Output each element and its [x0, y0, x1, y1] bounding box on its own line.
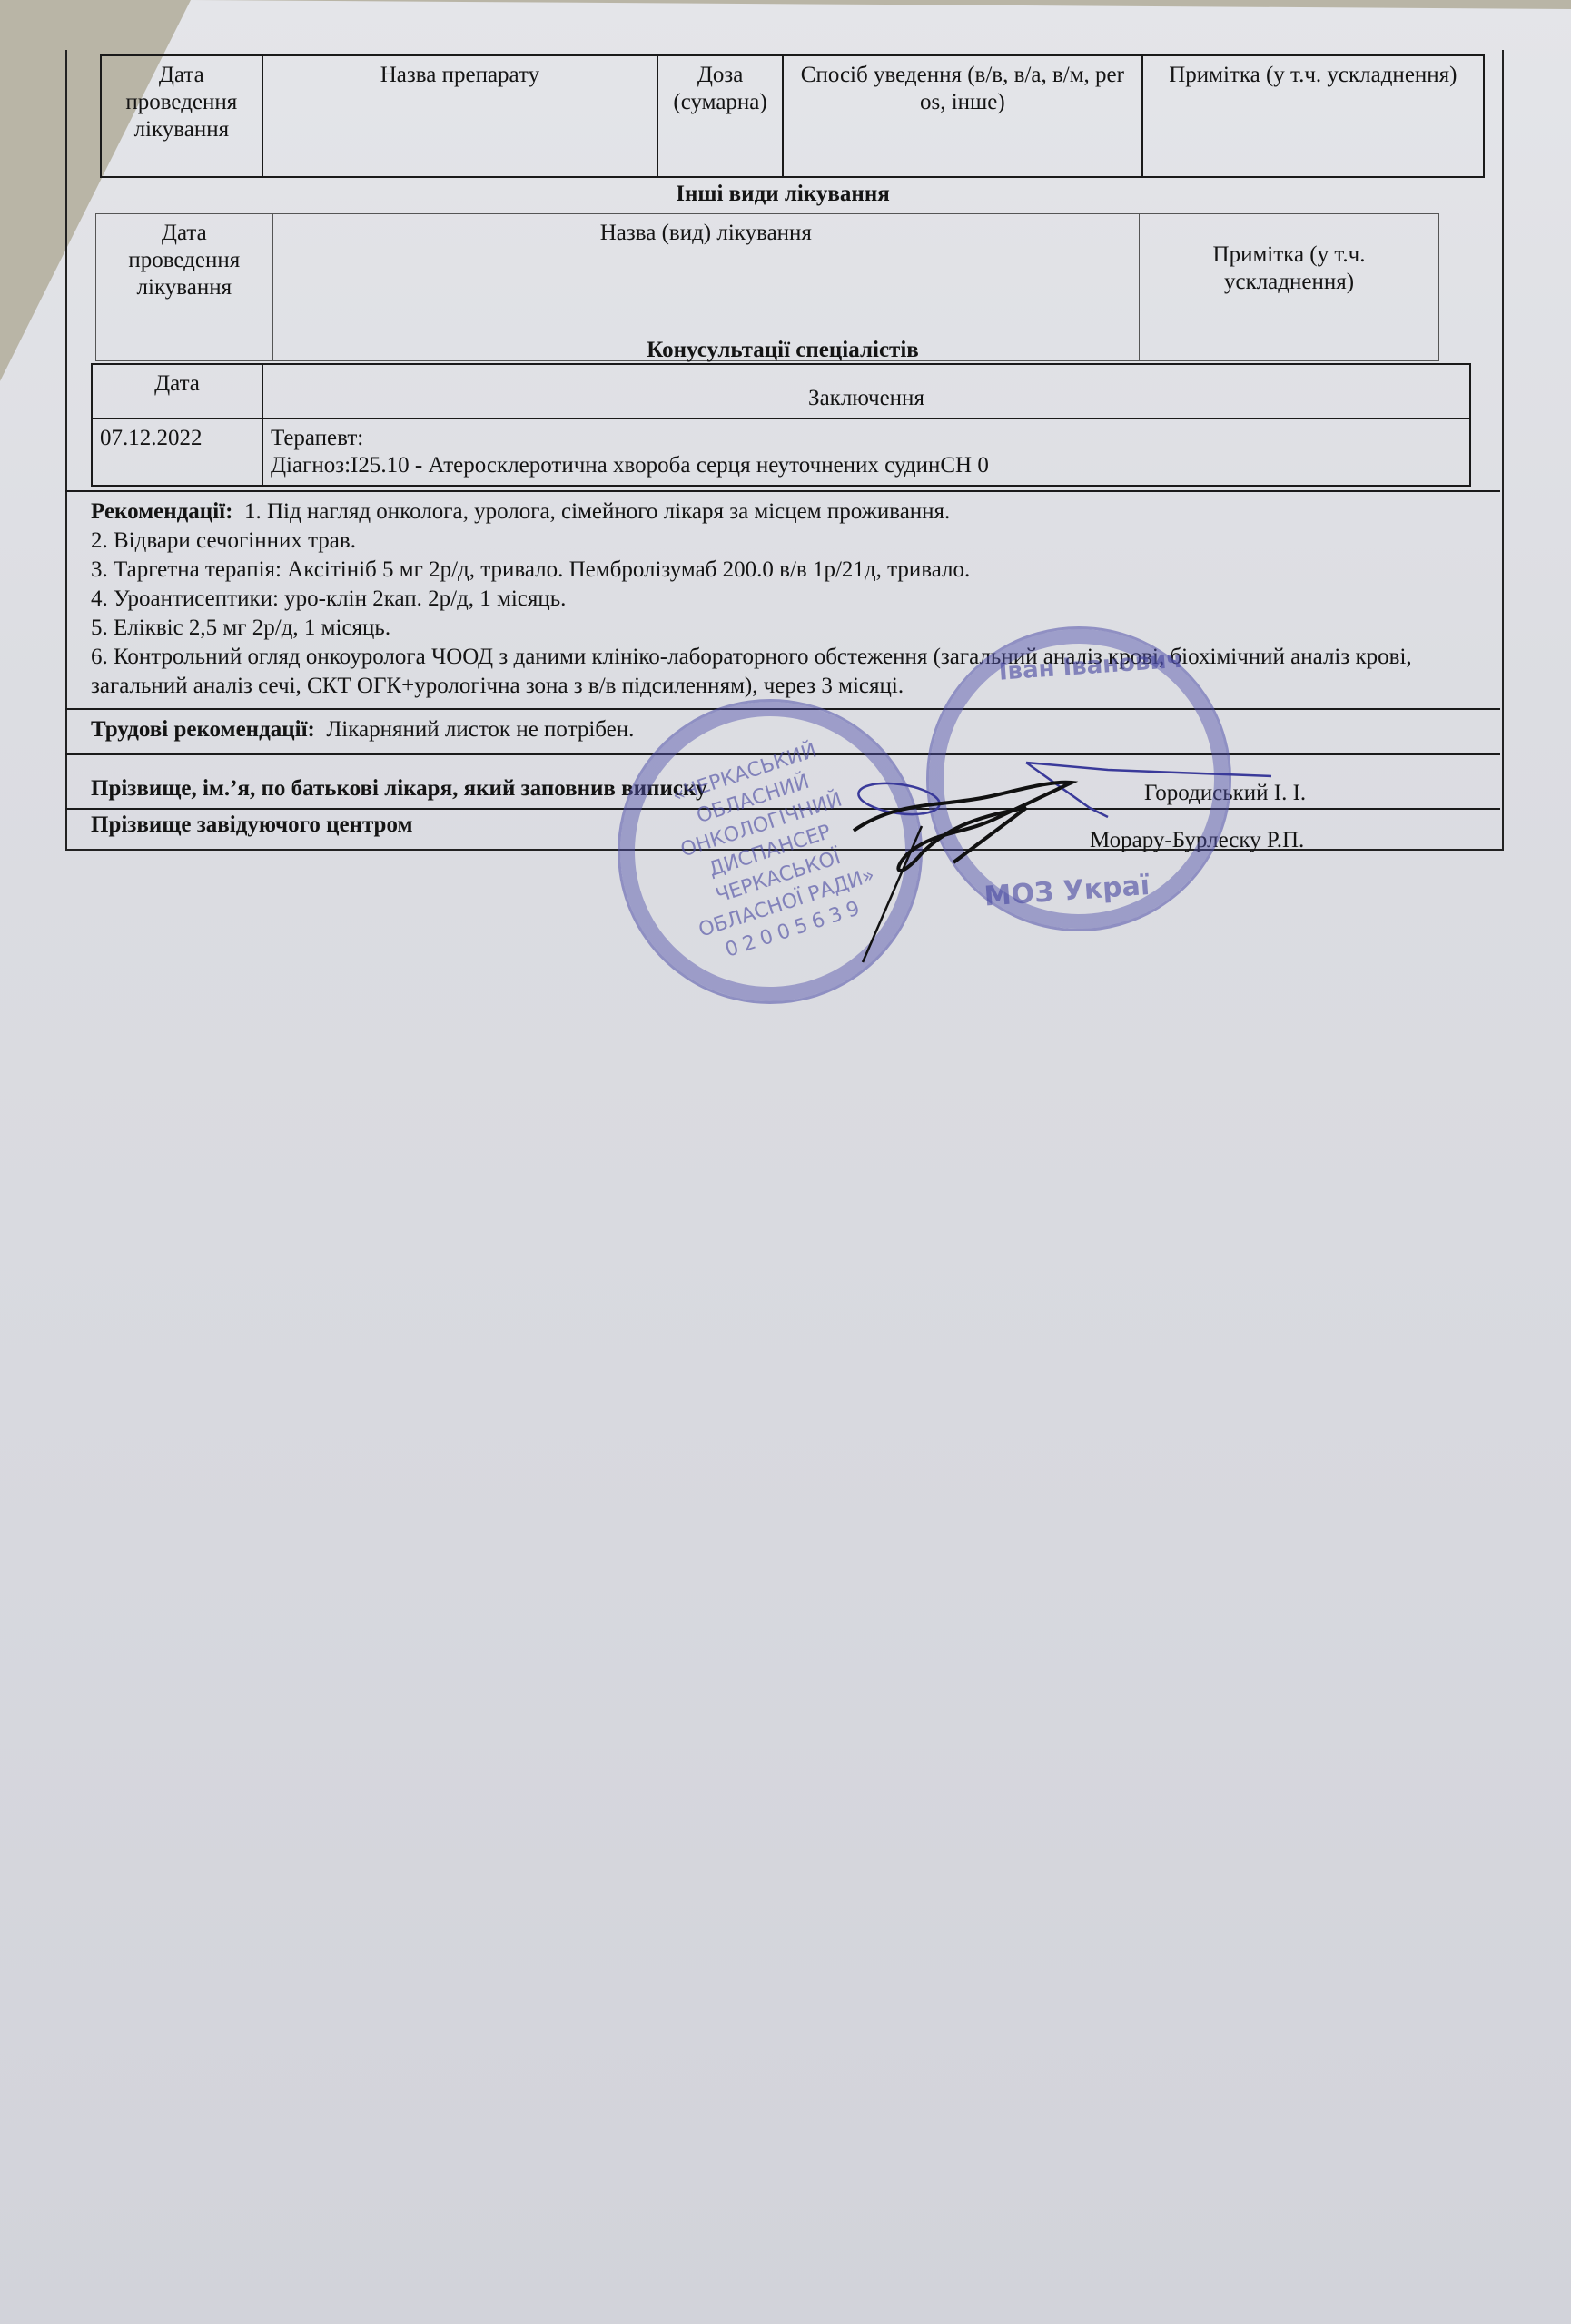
recommendations-block: Рекомендації: 1. Під нагляд онколога, ур… — [65, 490, 1500, 706]
recommendation-item: 4. Уроантисептики: уро-клін 2кап. 2р/д, … — [91, 585, 1475, 614]
col-conclusion: Заключення — [262, 364, 1470, 419]
col-dose: Доза (сумарна) — [657, 55, 783, 177]
recommendation-item: 1. Під нагляд онколога, уролога, сімейно… — [244, 499, 950, 524]
other-treatment-title: Інші види лікування — [65, 182, 1500, 207]
col-date: Дата проведення лікування — [101, 55, 262, 177]
signature-icon — [726, 744, 1344, 980]
col-note: Примітка (у т.ч. ускладнення) — [1142, 55, 1484, 177]
recommendation-item: 3. Таргетна терапія: Аксітініб 5 мг 2р/д… — [91, 556, 1475, 585]
consultation-specialist: Терапевт: — [271, 425, 1462, 452]
col-route: Спосіб уведення (в/в, в/а, в/м, per os, … — [783, 55, 1142, 177]
stamp-ring-text: Іван Іванович — [990, 645, 1191, 686]
recommendation-item: 2. Відвари сечогінних трав. — [91, 527, 1475, 556]
consultation-row: 07.12.2022 Терапевт: Діагноз:I25.10 - Ат… — [92, 419, 1470, 486]
recommendation-item: 5. Еліквіс 2,5 мг 2р/д, 1 місяць. — [91, 614, 1475, 643]
consultations-table: Дата Заключення 07.12.2022 Терапевт: Діа… — [91, 363, 1471, 487]
head-label: Прізвище завідуючого центром — [91, 812, 413, 838]
consultation-date: 07.12.2022 — [92, 419, 262, 486]
medication-table: Дата проведення лікування Назва препарат… — [100, 54, 1485, 178]
col-drug: Назва препарату — [262, 55, 657, 177]
recommendation-item: 6. Контрольний огляд онкоуролога ЧООД з … — [91, 643, 1475, 701]
consultations-title: Конусультації спеціалістів — [65, 338, 1500, 363]
recommendations-label: Рекомендації: — [91, 499, 232, 524]
work-label: Трудові рекомендації: — [91, 717, 315, 742]
consultation-text: Терапевт: Діагноз:I25.10 - Атеросклероти… — [262, 419, 1470, 486]
work-value: Лікарняний листок не потрібен. — [326, 717, 634, 742]
col-date: Дата — [92, 364, 262, 419]
consultation-diagnosis: Діагноз:I25.10 - Атеросклеротична хвороб… — [271, 452, 1462, 479]
doctor-label: Прізвище, ім.’я, по батькові лікаря, яки… — [91, 776, 707, 802]
work-recommendations: Трудові рекомендації: Лікарняний листок … — [91, 717, 634, 743]
